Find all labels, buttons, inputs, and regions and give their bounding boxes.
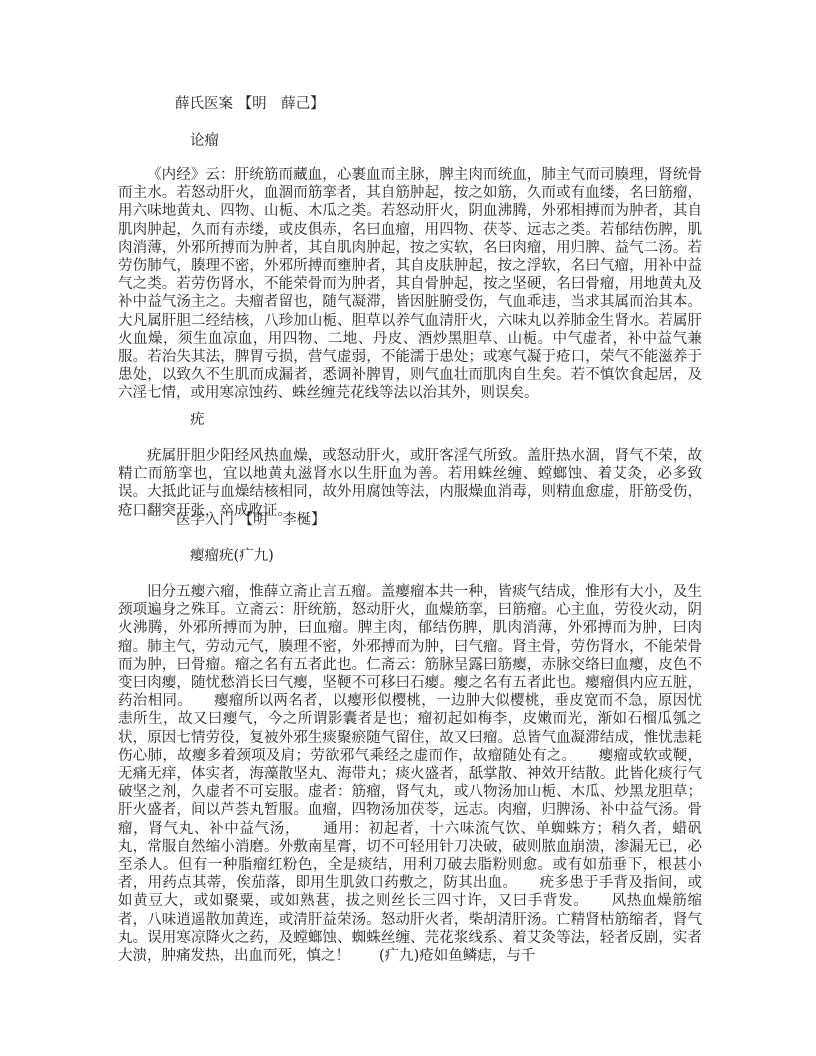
subsection-heading-you: 疣 [190,411,205,429]
document-page: 薛氏医案 【明 薛己】 论瘤 《内经》云：肝统筋而藏血，心裹血而主脉，脾主肉而统… [0,0,816,1056]
paragraph-lun-liu: 《内经》云：肝统筋而藏血，心裹血而主脉，脾主肉而统血，肺主气而司腠理，肾统骨而主… [118,166,702,403]
subsection-heading-ying-liu-you: 瘿瘤疣(疒九) [190,547,274,565]
section-title-xueshi-yian: 薛氏医案 【明 薛己】 [175,95,325,113]
paragraph-you: 疣属肝胆少阳经风热血燥，或怒动肝火，或肝客淫气所致。盖肝热水涸，肾气不荣，故精亡… [118,447,702,520]
subsection-heading-lun-liu: 论瘤 [190,132,219,150]
section-title-yixue-rumen: 医学入门 【明 李梴】 [176,511,326,529]
paragraph-ying-liu-you: 旧分五瘿六瘤，惟薛立斋止言五瘤。盖瘿瘤本共一种，皆痰气结成，惟形有大小，及生颈项… [118,583,702,965]
